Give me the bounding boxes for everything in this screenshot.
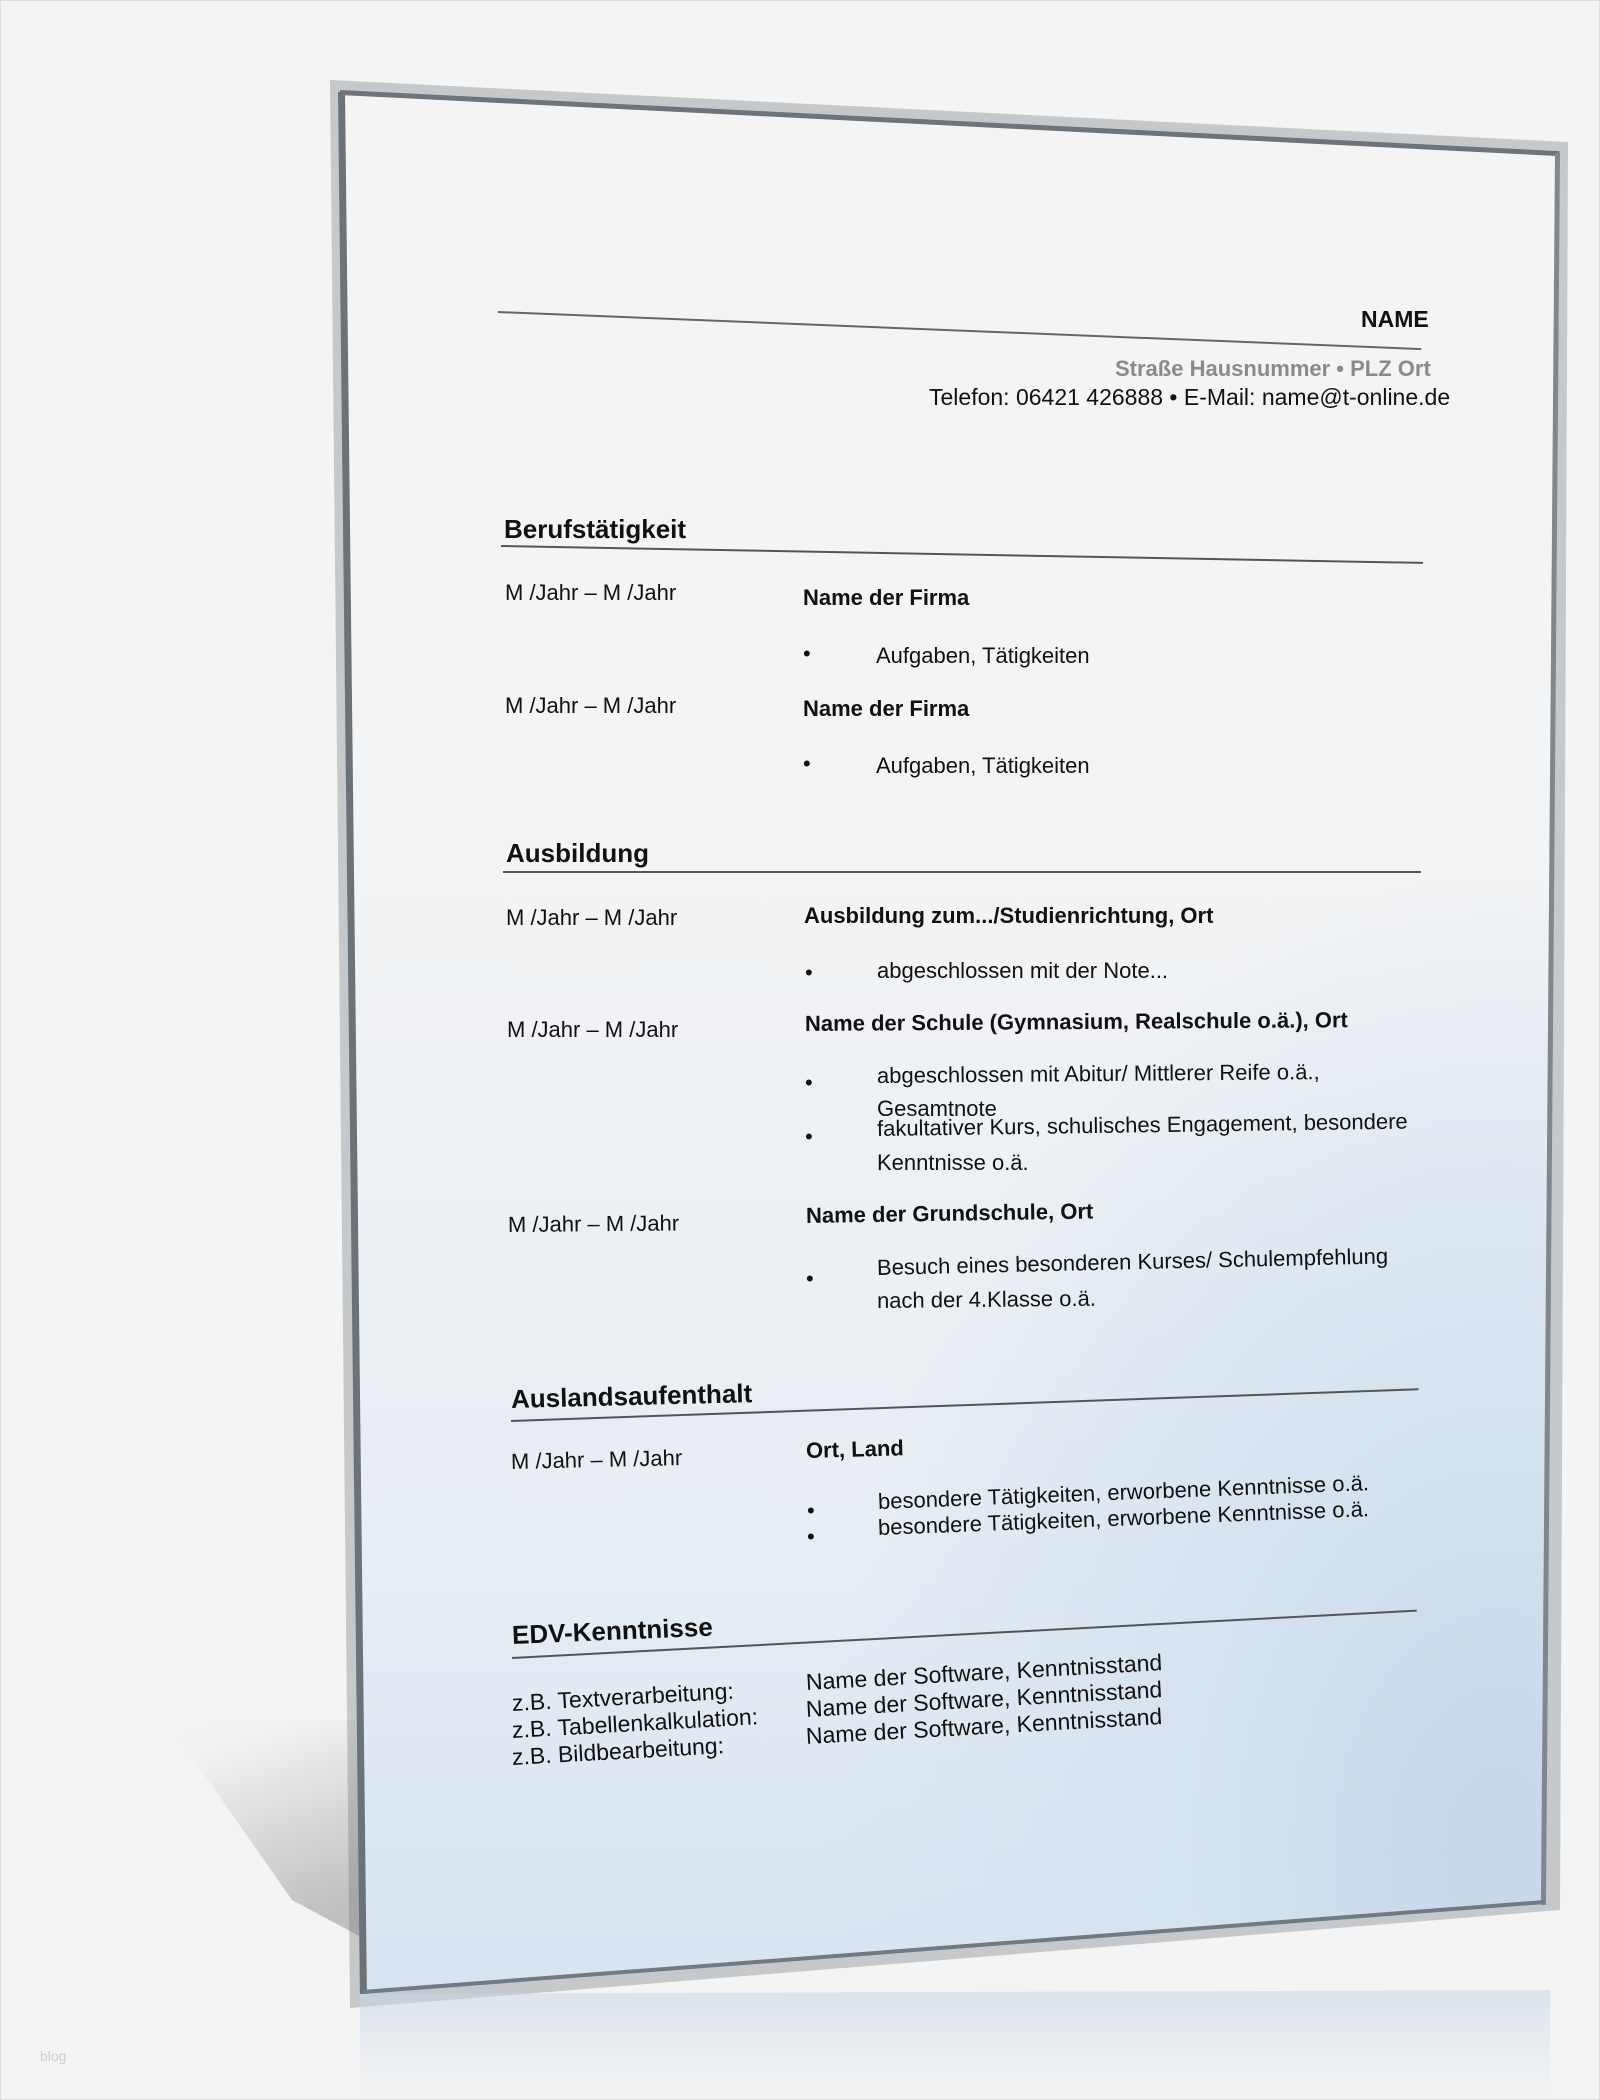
entry-date: M /Jahr – M /Jahr [505, 582, 676, 604]
entry-title: Ausbildung zum.../Studienrichtung, Ort [804, 905, 1213, 927]
entry-title: Name der Firma [803, 587, 969, 609]
bullet-icon: • [807, 1526, 815, 1548]
page-reflection [360, 1990, 1550, 2100]
entry-date: M /Jahr – M /Jahr [511, 1447, 683, 1473]
entry-bullet-text: Aufgaben, Tätigkeiten [876, 645, 1090, 667]
entry-date: M /Jahr – M /Jahr [506, 907, 677, 929]
entry-date: M /Jahr – M /Jahr [505, 695, 676, 717]
bullet-icon: • [805, 962, 813, 984]
section-title-ausland: Auslandsaufenthalt [511, 1380, 753, 1412]
entry-title: Name der Schule (Gymnasium, Realschule o… [805, 1009, 1348, 1035]
entry-title: Name der Grundschule, Ort [806, 1200, 1094, 1227]
applicant-name: NAME [1361, 308, 1429, 331]
entry-date: M /Jahr – M /Jahr [507, 1019, 678, 1041]
watermark-text: blog [40, 2048, 66, 2064]
entry-bullet-text: nach der 4.Klasse o.ä. [877, 1288, 1096, 1312]
entry-bullet-text: Kenntnisse o.ä. [877, 1152, 1029, 1174]
bullet-icon: • [806, 1268, 814, 1290]
address-line: Straße Hausnummer • PLZ Ort [1115, 358, 1431, 380]
section-title-ausbildung: Ausbildung [506, 840, 649, 866]
section-rule-ausbildung [503, 871, 1421, 873]
entry-bullet-text: abgeschlossen mit Abitur/ Mittlerer Reif… [877, 1061, 1320, 1087]
section-title-beruf: Berufstätigkeit [504, 516, 686, 542]
bullet-icon: • [803, 753, 811, 775]
bullet-icon: • [807, 1500, 815, 1522]
entry-title: Name der Firma [803, 698, 969, 720]
entry-bullet-text: Aufgaben, Tätigkeiten [876, 755, 1090, 777]
entry-date: M /Jahr – M /Jahr [508, 1213, 679, 1236]
entry-title: Ort, Land [806, 1437, 904, 1462]
bullet-icon: • [805, 1072, 813, 1094]
bullet-icon: • [805, 1126, 813, 1148]
bullet-icon: • [803, 643, 811, 665]
entry-bullet-text: abgeschlossen mit der Note... [877, 960, 1168, 982]
section-title-edv: EDV-Kenntnisse [511, 1614, 713, 1648]
contact-line: Telefon: 06421 426888 • E-Mail: name@t-o… [929, 386, 1450, 409]
